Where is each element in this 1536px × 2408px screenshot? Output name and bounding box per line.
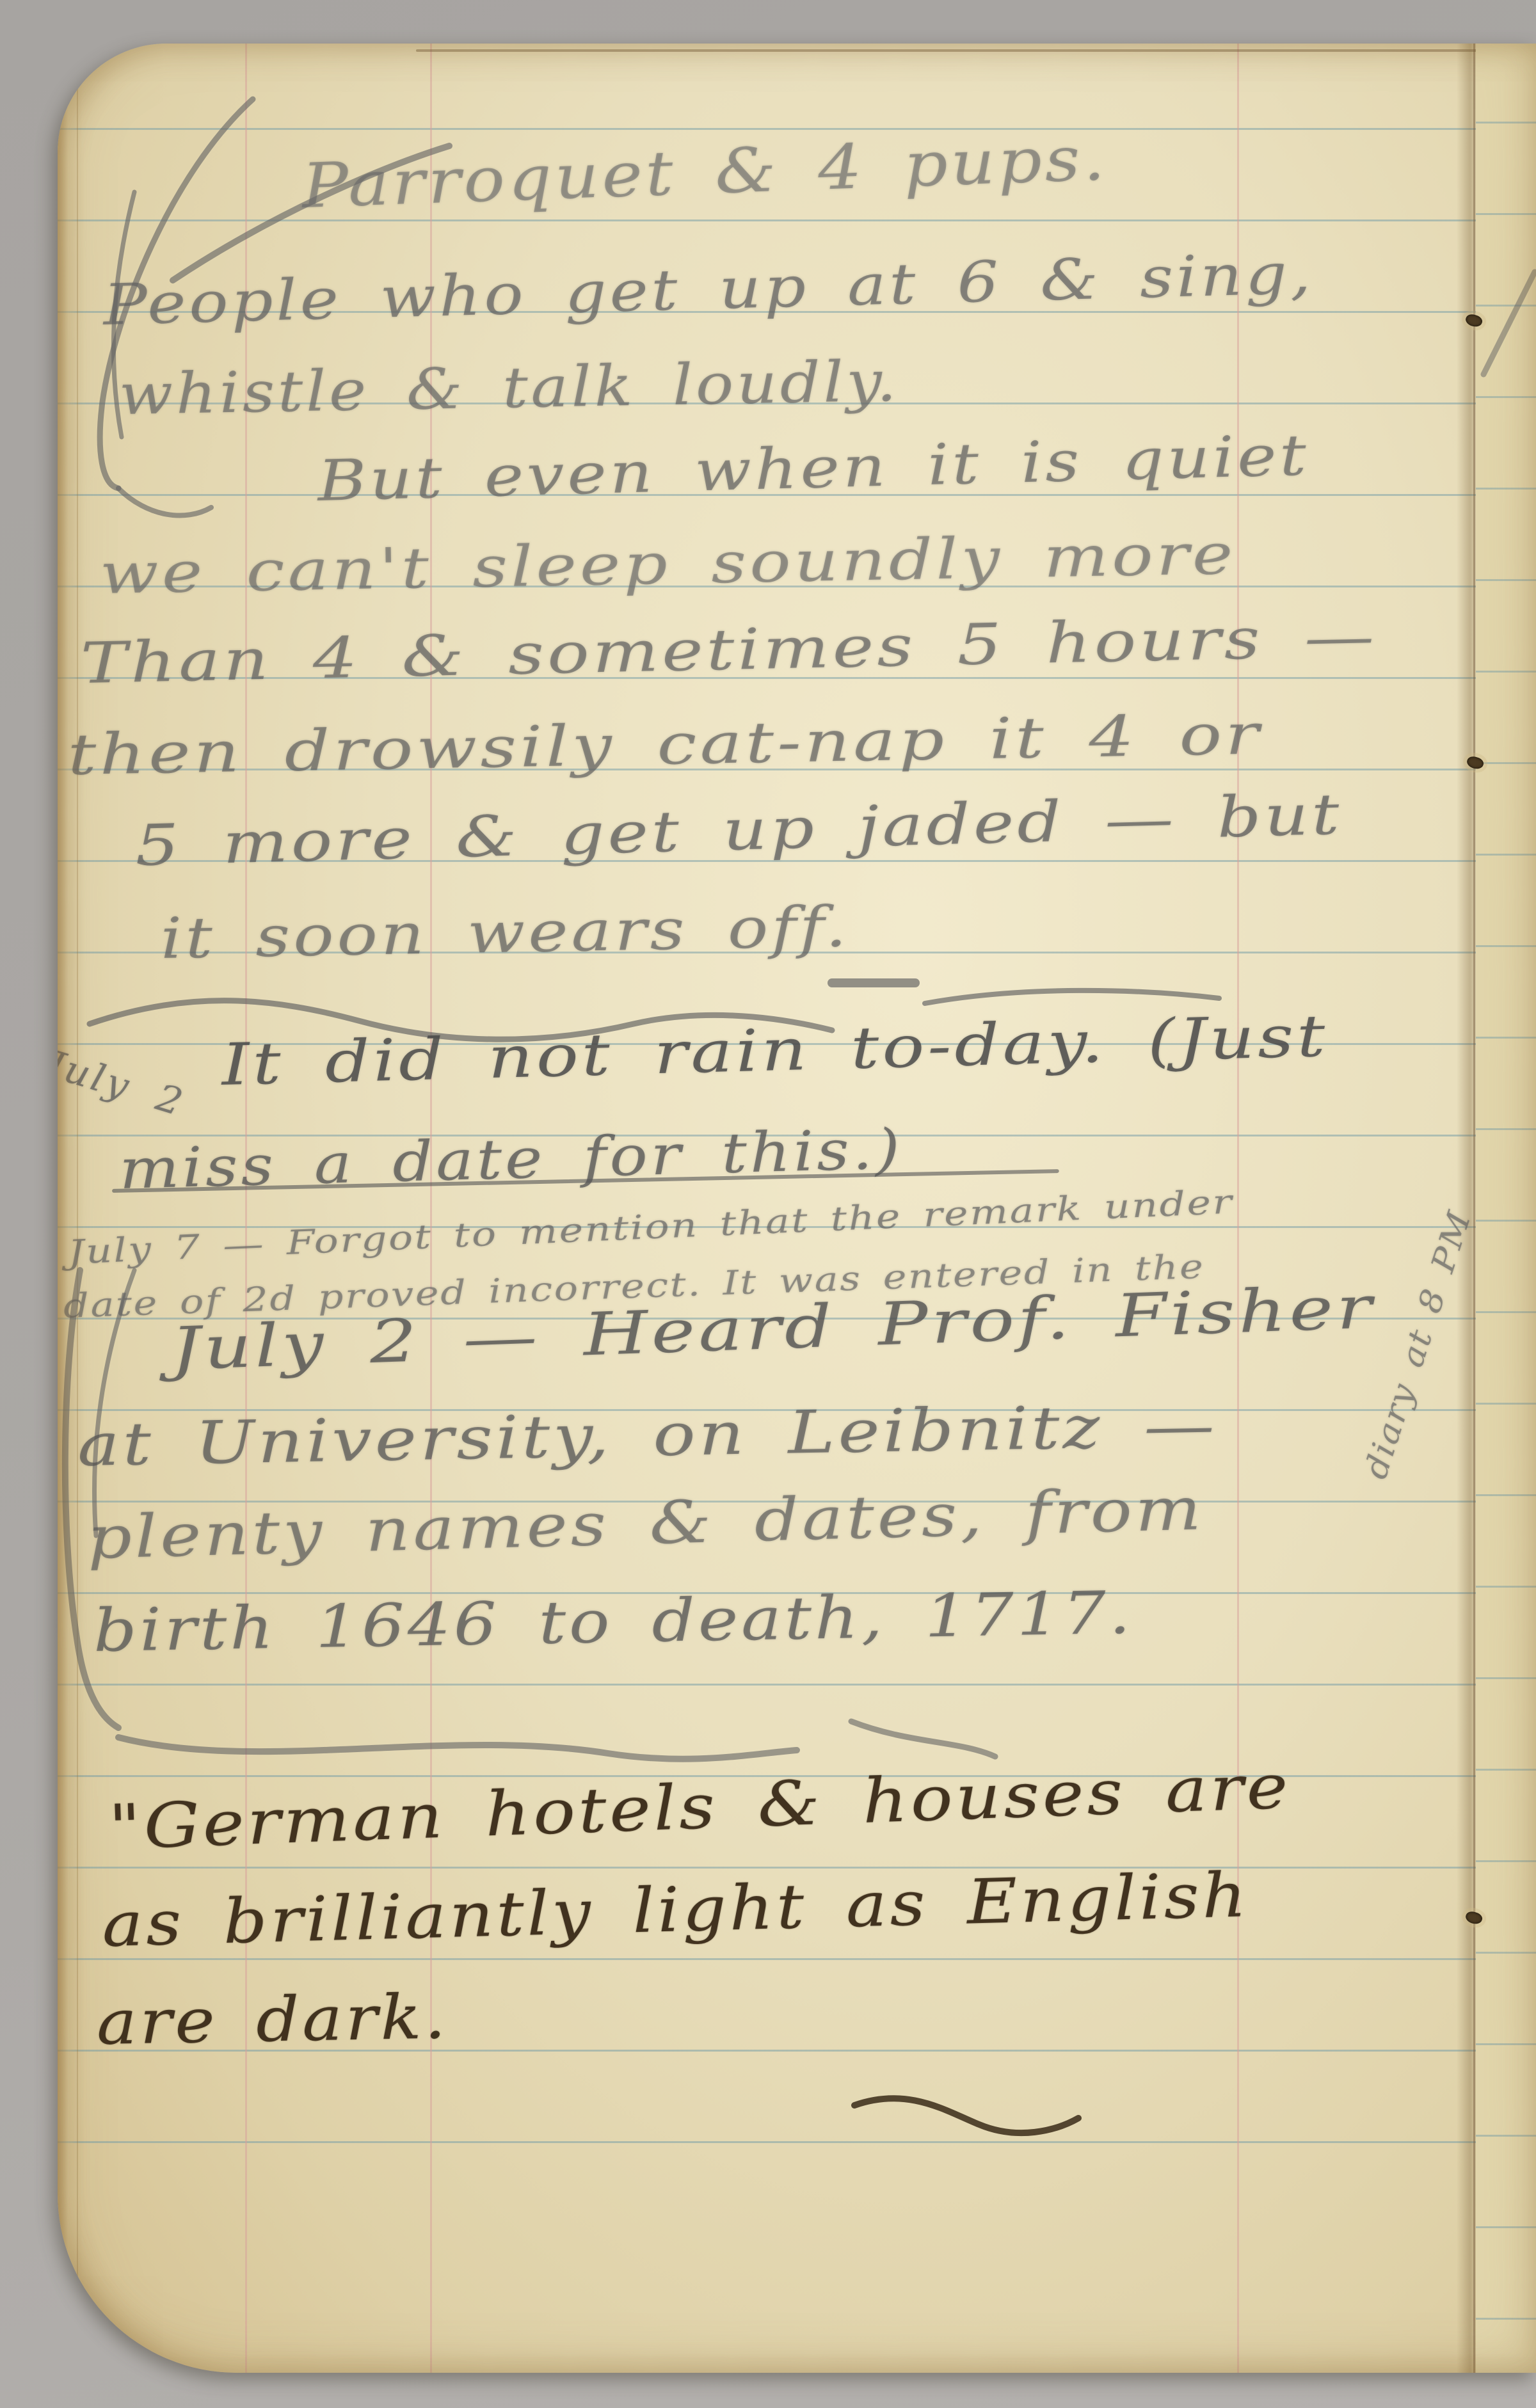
journal-line-it-soon: it soon wears off. [160, 893, 850, 971]
journal-line-whistle: whistle & talk loudly. [118, 348, 900, 427]
journal-ink-are-dark: are dark. [96, 1981, 449, 2059]
margin-line-pink-3 [1237, 44, 1239, 2373]
adjacent-page-edge [1476, 44, 1536, 2373]
notebook-page: Parroquet & 4 pups. People who get up at… [58, 44, 1536, 2373]
scanned-notebook-photo: Parroquet & 4 pups. People who get up at… [0, 0, 1536, 2408]
page-left-edge-line [77, 44, 78, 2373]
page-top-edge-line [416, 49, 1536, 52]
page-fold-line [1473, 44, 1475, 2373]
